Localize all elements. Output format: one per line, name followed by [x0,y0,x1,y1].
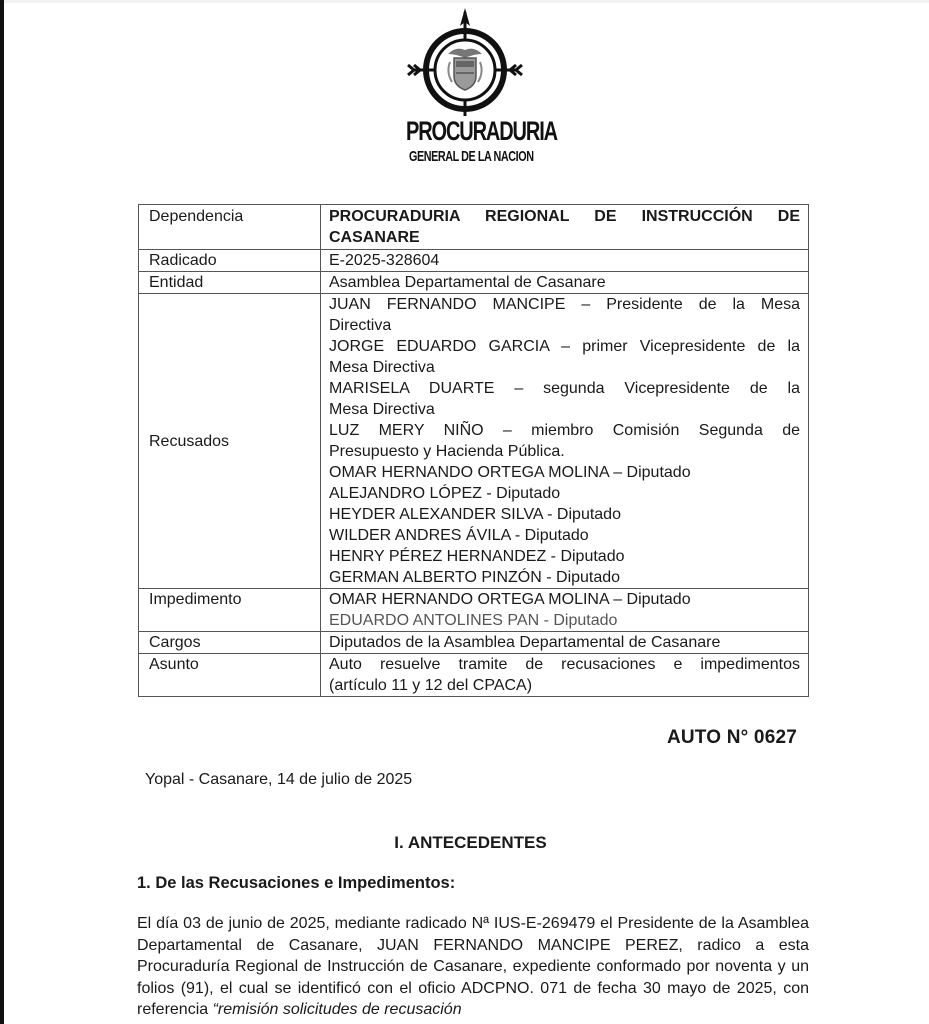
table-row: DependenciaPROCURADURIA REGIONAL DE INST… [139,205,809,250]
value-line: Mesa Directiva [329,357,800,378]
value-line: Mesa Directiva [329,399,800,420]
value-line: Asamblea Departamental de Casanare [329,272,800,293]
place-date: Yopal - Casanare, 14 de julio de 2025 [145,771,412,789]
value-line: Diputados de la Asamblea Departamental d… [329,632,800,653]
table-row: EntidadAsamblea Departamental de Casanar… [139,272,809,294]
value-line: OMAR HERNANDO ORTEGA MOLINA – Diputado [329,589,800,610]
row-value: JUAN FERNANDO MANCIPE – Presidente de la… [321,294,809,589]
scan-left-border [0,0,4,1024]
auto-number: AUTO N° 0627 [667,727,797,749]
value-line: ALEJANDRO LÓPEZ - Diputado [329,483,800,504]
value-line: MARISELA DUARTE – segunda Vicepresidente… [329,378,800,399]
row-label: Entidad [139,272,321,294]
table-row: RecusadosJUAN FERNANDO MANCIPE – Preside… [139,294,809,589]
value-line: CASANARE [329,227,800,248]
table-row: CargosDiputados de la Asamblea Departame… [139,632,809,654]
row-value: PROCURADURIA REGIONAL DE INSTRUCCIÓN DEC… [321,205,809,250]
row-label: Dependencia [139,205,321,250]
value-line: PROCURADURIA REGIONAL DE INSTRUCCIÓN DE [329,206,800,227]
row-label: Radicado [139,250,321,272]
row-label: Impedimento [139,589,321,632]
subsection-title: 1. De las Recusaciones e Impedimentos: [137,874,455,893]
value-line: Directiva [329,315,800,336]
antecedentes-paragraph: El día 03 de junio de 2025, mediante rad… [137,913,809,1021]
value-line: Presupuesto y Hacienda Pública. [329,441,800,462]
case-info-table: DependenciaPROCURADURIA REGIONAL DE INST… [138,204,809,697]
value-line: EDUARDO ANTOLINES PAN - Diputado [329,610,800,631]
table-row: AsuntoAuto resuelve tramite de recusacio… [139,654,809,697]
value-line: HEYDER ALEXANDER SILVA - Diputado [329,504,800,525]
value-line: E-2025-328604 [329,250,800,271]
row-value: E-2025-328604 [321,250,809,272]
table-row: ImpedimentoOMAR HERNANDO ORTEGA MOLINA –… [139,589,809,632]
section-title: I. ANTECEDENTES [0,833,929,853]
coat-of-arms-crosshair-icon [400,4,530,119]
value-line: GERMAN ALBERTO PINZÓN - Diputado [329,567,800,588]
table-row: RadicadoE-2025-328604 [139,250,809,272]
paragraph-italic-quote: “remisión solicitudes de recusación [213,1001,462,1018]
row-value: Asamblea Departamental de Casanare [321,272,809,294]
value-line: LUZ MERY NIÑO – miembro Comisión Segunda… [329,420,800,441]
logo-title: PROCURADURIA [406,116,492,146]
logo-subtitle: GENERAL DE LA NACION [409,148,534,165]
row-value: Auto resuelve tramite de recusaciones e … [321,654,809,697]
procuraduria-logo: PROCURADURIA GENERAL DE LA NACION [400,4,530,169]
row-value: Diputados de la Asamblea Departamental d… [321,632,809,654]
scan-top-shade [4,0,929,3]
row-value: OMAR HERNANDO ORTEGA MOLINA – DiputadoED… [321,589,809,632]
row-label: Asunto [139,654,321,697]
value-line: JUAN FERNANDO MANCIPE – Presidente de la… [329,294,800,315]
row-label: Cargos [139,632,321,654]
value-line: HENRY PÉREZ HERNANDEZ - Diputado [329,546,800,567]
row-label: Recusados [139,294,321,589]
value-line: WILDER ANDRES ÁVILA - Diputado [329,525,800,546]
value-line: OMAR HERNANDO ORTEGA MOLINA – Diputado [329,462,800,483]
value-line: (artículo 11 y 12 del CPACA) [329,675,800,696]
value-line: JORGE EDUARDO GARCIA – primer Vicepresid… [329,336,800,357]
value-line: Auto resuelve tramite de recusaciones e … [329,654,800,675]
